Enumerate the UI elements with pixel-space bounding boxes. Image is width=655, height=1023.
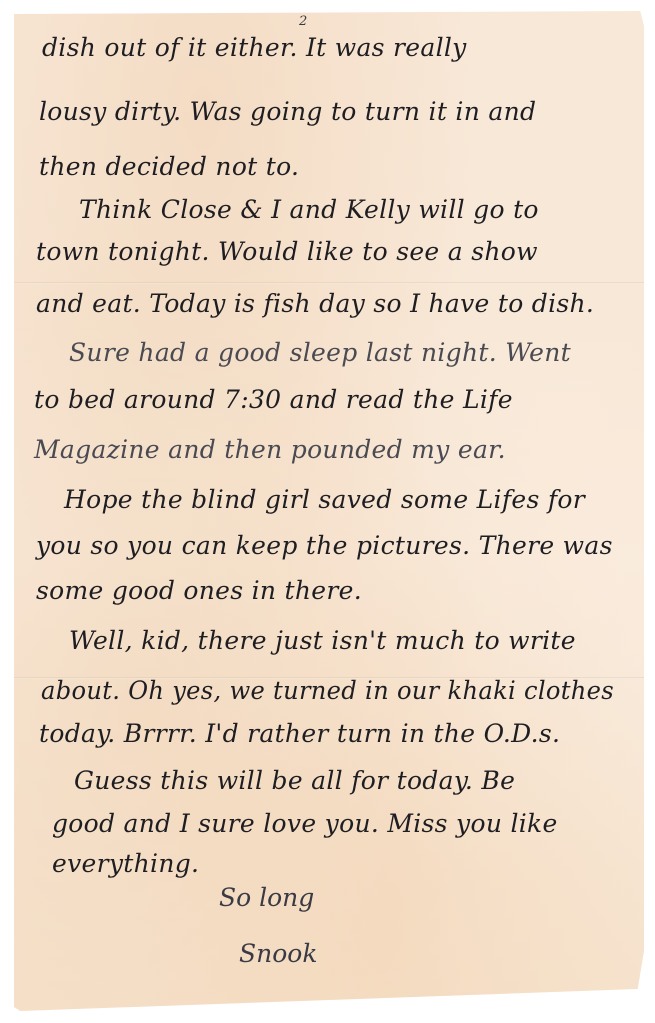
letter-line: Hope the blind girl saved some Lifes for [64, 485, 585, 514]
letter-line: Well, kid, there just isn't much to writ… [69, 626, 576, 655]
letter-line: today. Brrrr. I'd rather turn in the O.D… [39, 719, 560, 748]
letter-line: to bed around 7:30 and read the Life [34, 385, 513, 414]
letter-closing: So long [219, 883, 314, 912]
letter-line: lousy dirty. Was going to turn it in and [39, 97, 536, 126]
letter-line: and eat. Today is fish day so I have to … [36, 289, 594, 318]
letter-line: then decided not to. [39, 152, 299, 181]
letter-page: 2 dish out of it either. It was really l… [14, 11, 644, 1011]
letter-line: everything. [52, 849, 199, 878]
letter-line: about. Oh yes, we turned in our khaki cl… [41, 676, 614, 705]
letter-signature: Snook [239, 939, 317, 968]
letter-line: dish out of it either. It was really [42, 33, 602, 62]
letter-line: Magazine and then pounded my ear. [34, 435, 506, 464]
fold-crease [14, 282, 644, 284]
page-number: 2 [299, 14, 307, 29]
letter-line: Think Close & I and Kelly will go to [79, 195, 539, 224]
letter-line: some good ones in there. [36, 576, 362, 605]
letter-line: Guess this will be all for today. Be [74, 766, 515, 795]
letter-line: Sure had a good sleep last night. Went [69, 338, 571, 367]
letter-line: you so you can keep the pictures. There … [36, 531, 613, 560]
letter-line: town tonight. Would like to see a show [36, 237, 538, 266]
letter-line: good and I sure love you. Miss you like [52, 809, 558, 838]
